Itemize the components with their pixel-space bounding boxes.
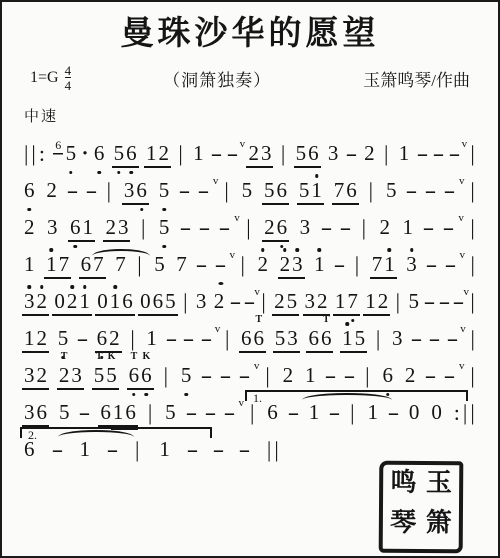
note-char: 3 [286,327,299,351]
note: 76 [332,179,359,203]
note: 26 [262,216,289,240]
note-char: | [469,142,476,167]
note: 016 [95,290,135,314]
note-char: 1 [366,401,379,425]
note-char: 5 [158,179,171,203]
note-char: 3 [23,401,36,425]
note-char: | [395,290,402,315]
note-char: 1 [109,290,122,314]
time-signature: 4 4 [65,64,72,93]
note-char: 5 [295,142,308,166]
bar-line: :|| [452,401,478,426]
note-char: - [209,142,224,166]
note-char: 5 [241,179,254,203]
note: 5 [406,290,421,314]
dash: - [179,179,190,203]
note-char: 3 [391,327,404,351]
meta-row: 1=G 4 4 （洞箫独奏） 玉箫鸣琴/作曲 [2,64,498,93]
dash: - [215,253,226,277]
note-char: - [218,364,233,388]
bar-line: | [367,179,376,204]
note-char: 2 [158,142,171,166]
note: 0 [407,401,422,425]
breath-mark: v [457,175,467,189]
bar-line: | [222,179,231,204]
note-char: 1 [401,216,414,240]
note-char: 6 [121,290,134,314]
bar-line: | [181,290,190,315]
note: 2T3 [57,364,84,388]
note-char: 6 [23,438,36,462]
note-char: - [237,364,252,388]
note-char: - [49,438,64,462]
note: 5 [157,216,172,240]
bar-line: | [133,438,142,463]
note-char: 3 [291,253,304,277]
bar-line: | [394,290,403,315]
note-char: - [199,364,214,388]
note-char: 3 [23,290,36,314]
note-char: | [264,364,271,389]
note-char: - [342,364,357,388]
note-char: v [458,249,466,263]
note-char: 2 [36,364,49,388]
note-char: 3 [70,364,83,388]
note-char: - [427,327,442,351]
note-char: 2 [66,290,79,314]
note: 12 [144,142,171,166]
note: 5 [56,327,71,351]
dash: - [220,364,231,388]
note-char: - [323,364,338,388]
key-signature: 1=G 4 4 [30,64,71,93]
note-char: 2 [363,142,376,166]
dash: - [444,364,455,388]
note: 1 [78,438,93,462]
note-char: 3 [23,364,36,388]
note: 5 [157,179,172,203]
note-char: 6T [320,327,333,351]
note-char: | [177,142,184,167]
tonguing-mark: T [323,315,330,325]
dash: - [439,290,450,314]
note-char: | [280,142,287,167]
note-char: 5 [58,401,71,425]
dash: - [205,401,216,425]
breath-mark: v [232,212,242,226]
octave-dot-above [50,248,54,252]
note-char: 6 [307,327,320,351]
note-char: - [338,216,353,240]
note-char: | [163,364,170,389]
note-char: 6 [54,138,62,153]
seal-character: 玉 [422,468,457,507]
bar-line: | [468,327,477,352]
dash: - [340,216,351,240]
note-char: 5 [385,179,398,203]
note-char: 3 [117,216,130,240]
augmentation-dot: · [79,142,90,166]
dash: - [86,179,97,203]
note-char: 2 [378,216,391,240]
score-line-5: 32021016065|32--v|25321712|5---v| [2,284,498,321]
note-char: 6 [80,253,93,277]
note-char: 7 [92,253,105,277]
octave-dot-above [70,285,74,289]
bar-line: | [105,179,114,204]
note-char: - [386,401,401,425]
bar-line: | [244,216,253,241]
note-char: 6 [240,327,253,351]
note-char: - [163,327,178,351]
note: 66T [239,327,266,351]
key-label: 1=G [30,69,59,87]
note: 61 [68,216,95,240]
sheet-music-page: 曼珠沙华的愿望 1=G 4 4 （洞箫独奏） 玉箫鸣琴/作曲 中速 ||:65·… [0,0,500,558]
note-char: 6 [381,364,394,388]
bar-line: | [348,401,357,426]
dash: - [325,364,336,388]
note-char: 5T [93,364,106,388]
note: 23 [278,253,305,277]
note: 17 [333,290,360,314]
dash: - [186,401,197,425]
breath-mark: v [213,323,223,337]
breath-mark: v [227,249,237,263]
note: 32 [22,290,49,314]
dash: - [211,142,222,166]
octave-dot-above [315,174,319,178]
bar-line: | [468,142,477,167]
note-char: - [84,179,99,203]
note-char: - [431,142,446,166]
note: 32 [303,290,330,314]
dash: - [288,401,299,425]
note-char: 2 [108,327,121,351]
note: 5 [64,142,79,166]
bar-line: | [162,364,171,389]
note: 2 [212,290,227,314]
note-char: 2 [316,290,329,314]
note-char: 0 [139,290,152,314]
dash: - [447,327,458,351]
note-char: - [194,253,209,277]
note-char: - [424,253,439,277]
note-char: 7 [114,253,127,277]
bar-line: || [265,438,282,463]
note-char: - [421,216,436,240]
dash: - [230,290,241,314]
bar-line: | [279,142,288,167]
note-char: - [409,327,424,351]
note-char: 6 [124,401,137,425]
note: 2 [256,253,271,277]
tonguing-mark: K [143,352,151,362]
note-char: 0 [408,401,421,425]
dash: - [166,327,177,351]
note-char: 6T [128,364,141,388]
bar-line: | [259,290,268,315]
note: 1 [191,142,206,166]
note-char: 2 [36,290,49,314]
note-char: 2 [104,216,117,240]
note-char: - [181,327,196,351]
note: 2 [362,142,377,166]
note-char: : [453,401,462,426]
note: 1 [365,401,380,425]
dash: - [219,216,230,240]
note-char: 1 [145,327,158,351]
note-char: | [182,290,189,315]
dash: - [424,290,435,314]
note-char: 1 [112,401,125,425]
note-char: | [223,179,230,204]
score-line-3: 236123|5---v|263--|21--v| [2,210,498,247]
octave-dot-above [410,248,414,252]
note-char: 1 [313,253,326,277]
note-char: | [469,327,476,352]
note-char: 5 [286,290,299,314]
note-char: - [185,438,200,462]
note: 1 [22,253,37,277]
note-char: 5 [354,327,367,351]
breath-mark: v [252,360,262,374]
note-char: | [30,142,37,167]
note-char: 1 [23,253,36,277]
dash: - [334,253,345,277]
dash: - [426,253,437,277]
note-char: | [260,290,267,315]
dash: - [417,142,428,166]
note: 5 [240,179,255,203]
dash: - [423,216,434,240]
note: 25 [272,290,299,314]
note: 2 [403,364,418,388]
note-char: · [80,142,89,166]
note: 3 [194,290,209,314]
note: 56 [262,179,289,203]
note-char: - [423,179,438,203]
note: 5 [384,179,399,203]
note-char: 2 [23,216,36,240]
note-char: 1 [45,253,58,277]
octave-dot-above [40,285,44,289]
breath-mark: v [457,249,467,263]
breath-mark: v [211,175,221,189]
bar-line: | [363,364,372,389]
note-char: v [458,175,466,189]
dash: - [201,327,212,351]
dash: - [227,142,238,166]
note: 2 [22,216,37,240]
octave-dot-above [283,248,287,252]
note-char: - [105,438,120,462]
dash: - [52,438,63,462]
seal-character: 箫 [421,508,456,547]
octave-dot-above [318,248,322,252]
dash: - [449,142,460,166]
meter-numerator: 4 [65,64,72,78]
note-char: | [469,401,476,426]
note-char: - [422,290,437,314]
note-char: v [459,323,467,337]
dash: - [213,438,224,462]
note-char: 5 [180,364,193,388]
note-char: 0 [430,401,443,425]
note-char: 2 [282,364,295,388]
dash: - [180,216,191,240]
note-char: 3 [304,290,317,314]
note: 1 [397,142,412,166]
note-char: 1 [308,401,321,425]
dash: - [77,327,88,351]
bar-line: | [468,364,477,389]
note-char: - [202,401,217,425]
octave-dot-above [83,285,87,289]
note-char: v [214,323,222,337]
dash: - [406,179,417,203]
note: 1 [144,327,159,351]
tonguing-mark: T [61,352,68,362]
note-char: 1 [383,253,396,277]
dash: - [79,401,90,425]
dash: - [429,327,440,351]
note: 1 [312,253,327,277]
note-char: | [361,216,368,241]
note: 0 [429,401,444,425]
tonguing-mark: K [108,352,116,362]
dash: - [239,364,250,388]
note-char: 5 [263,179,276,203]
note: 3 [326,142,341,166]
note: 32 [22,364,49,388]
note: 2 [281,364,296,388]
note-char: v [461,138,469,152]
octave-dot-above [296,248,300,252]
note-char: 5 [153,253,166,277]
note-char: - [196,179,211,203]
octave-dot-above [28,285,32,289]
note-char: 3 [327,142,340,166]
note-char: 6T [253,327,266,351]
note: 5 [163,401,178,425]
dash: - [67,179,78,203]
note: 53 [273,327,300,351]
note-char: 1 [78,290,91,314]
note-char: | [140,216,147,241]
note-char: | [147,401,154,426]
note-char: - [227,290,242,314]
note: 1 [157,438,172,462]
note-char: | [470,253,477,278]
note-char: - [327,401,342,425]
note-char: 6 [345,179,358,203]
note-char: 2 [36,327,49,351]
note: 36 [22,401,49,425]
note-char: - [332,253,347,277]
note-char: v [212,175,220,189]
note-char: | [249,401,256,426]
dash: - [444,179,455,203]
bar-line: | [135,253,144,278]
note-char: v [228,249,236,263]
note: 67 [79,253,106,277]
dash: - [344,364,355,388]
dash: - [445,253,456,277]
note-char: 7 [333,179,346,203]
note-char: 3 [195,290,208,314]
note-char: 6 [266,401,279,425]
note-char: - [213,253,228,277]
note-char: | [364,364,371,389]
dash: - [425,364,436,388]
seal-character: 鸣 [386,468,421,507]
note-char: - [75,327,90,351]
bar-line: | [263,364,272,389]
note-char: 3 [123,179,136,203]
breath-mark: v [457,360,467,374]
bar-line: | [374,327,383,352]
note-char: 1 [304,364,317,388]
note-char: - [211,438,226,462]
note-char: | [240,253,247,278]
note: 021 [52,290,92,314]
note-char: | [245,216,252,241]
note: 23 [103,216,130,240]
note-char: 1 [79,438,92,462]
breath-mark: v [236,397,246,411]
score-line-6: 125-62|1---v|66T5366T15|3---v| [2,321,498,358]
note-char: 2 [213,290,226,314]
note-char: 0 [96,290,109,314]
note-char: - [237,438,252,462]
note-char: : [38,142,47,167]
octave-dot-above [261,248,265,252]
note-char: - [344,142,359,166]
note-char: | [469,179,476,204]
note-char: | [224,327,231,352]
note: 616 [98,401,138,425]
note-char: 6 [135,179,148,203]
note-char: 6 [93,142,106,166]
note: 17 [44,253,71,277]
note-char: 6K [140,364,153,388]
note-char: - [423,364,438,388]
note-char: 6 [23,179,36,203]
note: 56 [112,142,139,166]
note-char: 2 [279,253,292,277]
dash: - [425,179,436,203]
octave-dot-above [346,322,350,326]
tonguing-mark: T [131,352,138,362]
note-char: - [286,401,301,425]
note-char: 6 [36,401,49,425]
tonguing-mark: T [96,352,103,362]
note: 56 [294,142,321,166]
score-line-2: 62--|365--v|5565176|5---v| [2,173,498,210]
breath-mark: v [456,212,466,226]
note-char: | [266,438,273,463]
note: 3 [390,327,405,351]
note-char: 6 [307,142,320,166]
note-char: 7 [371,253,384,277]
bar-line: | [468,179,477,204]
note-char: 7 [175,253,188,277]
song-title: 曼珠沙华的愿望 [2,15,498,55]
note: 7 [174,253,189,277]
bar-line: | [223,327,232,352]
bar-line: | [176,142,185,167]
